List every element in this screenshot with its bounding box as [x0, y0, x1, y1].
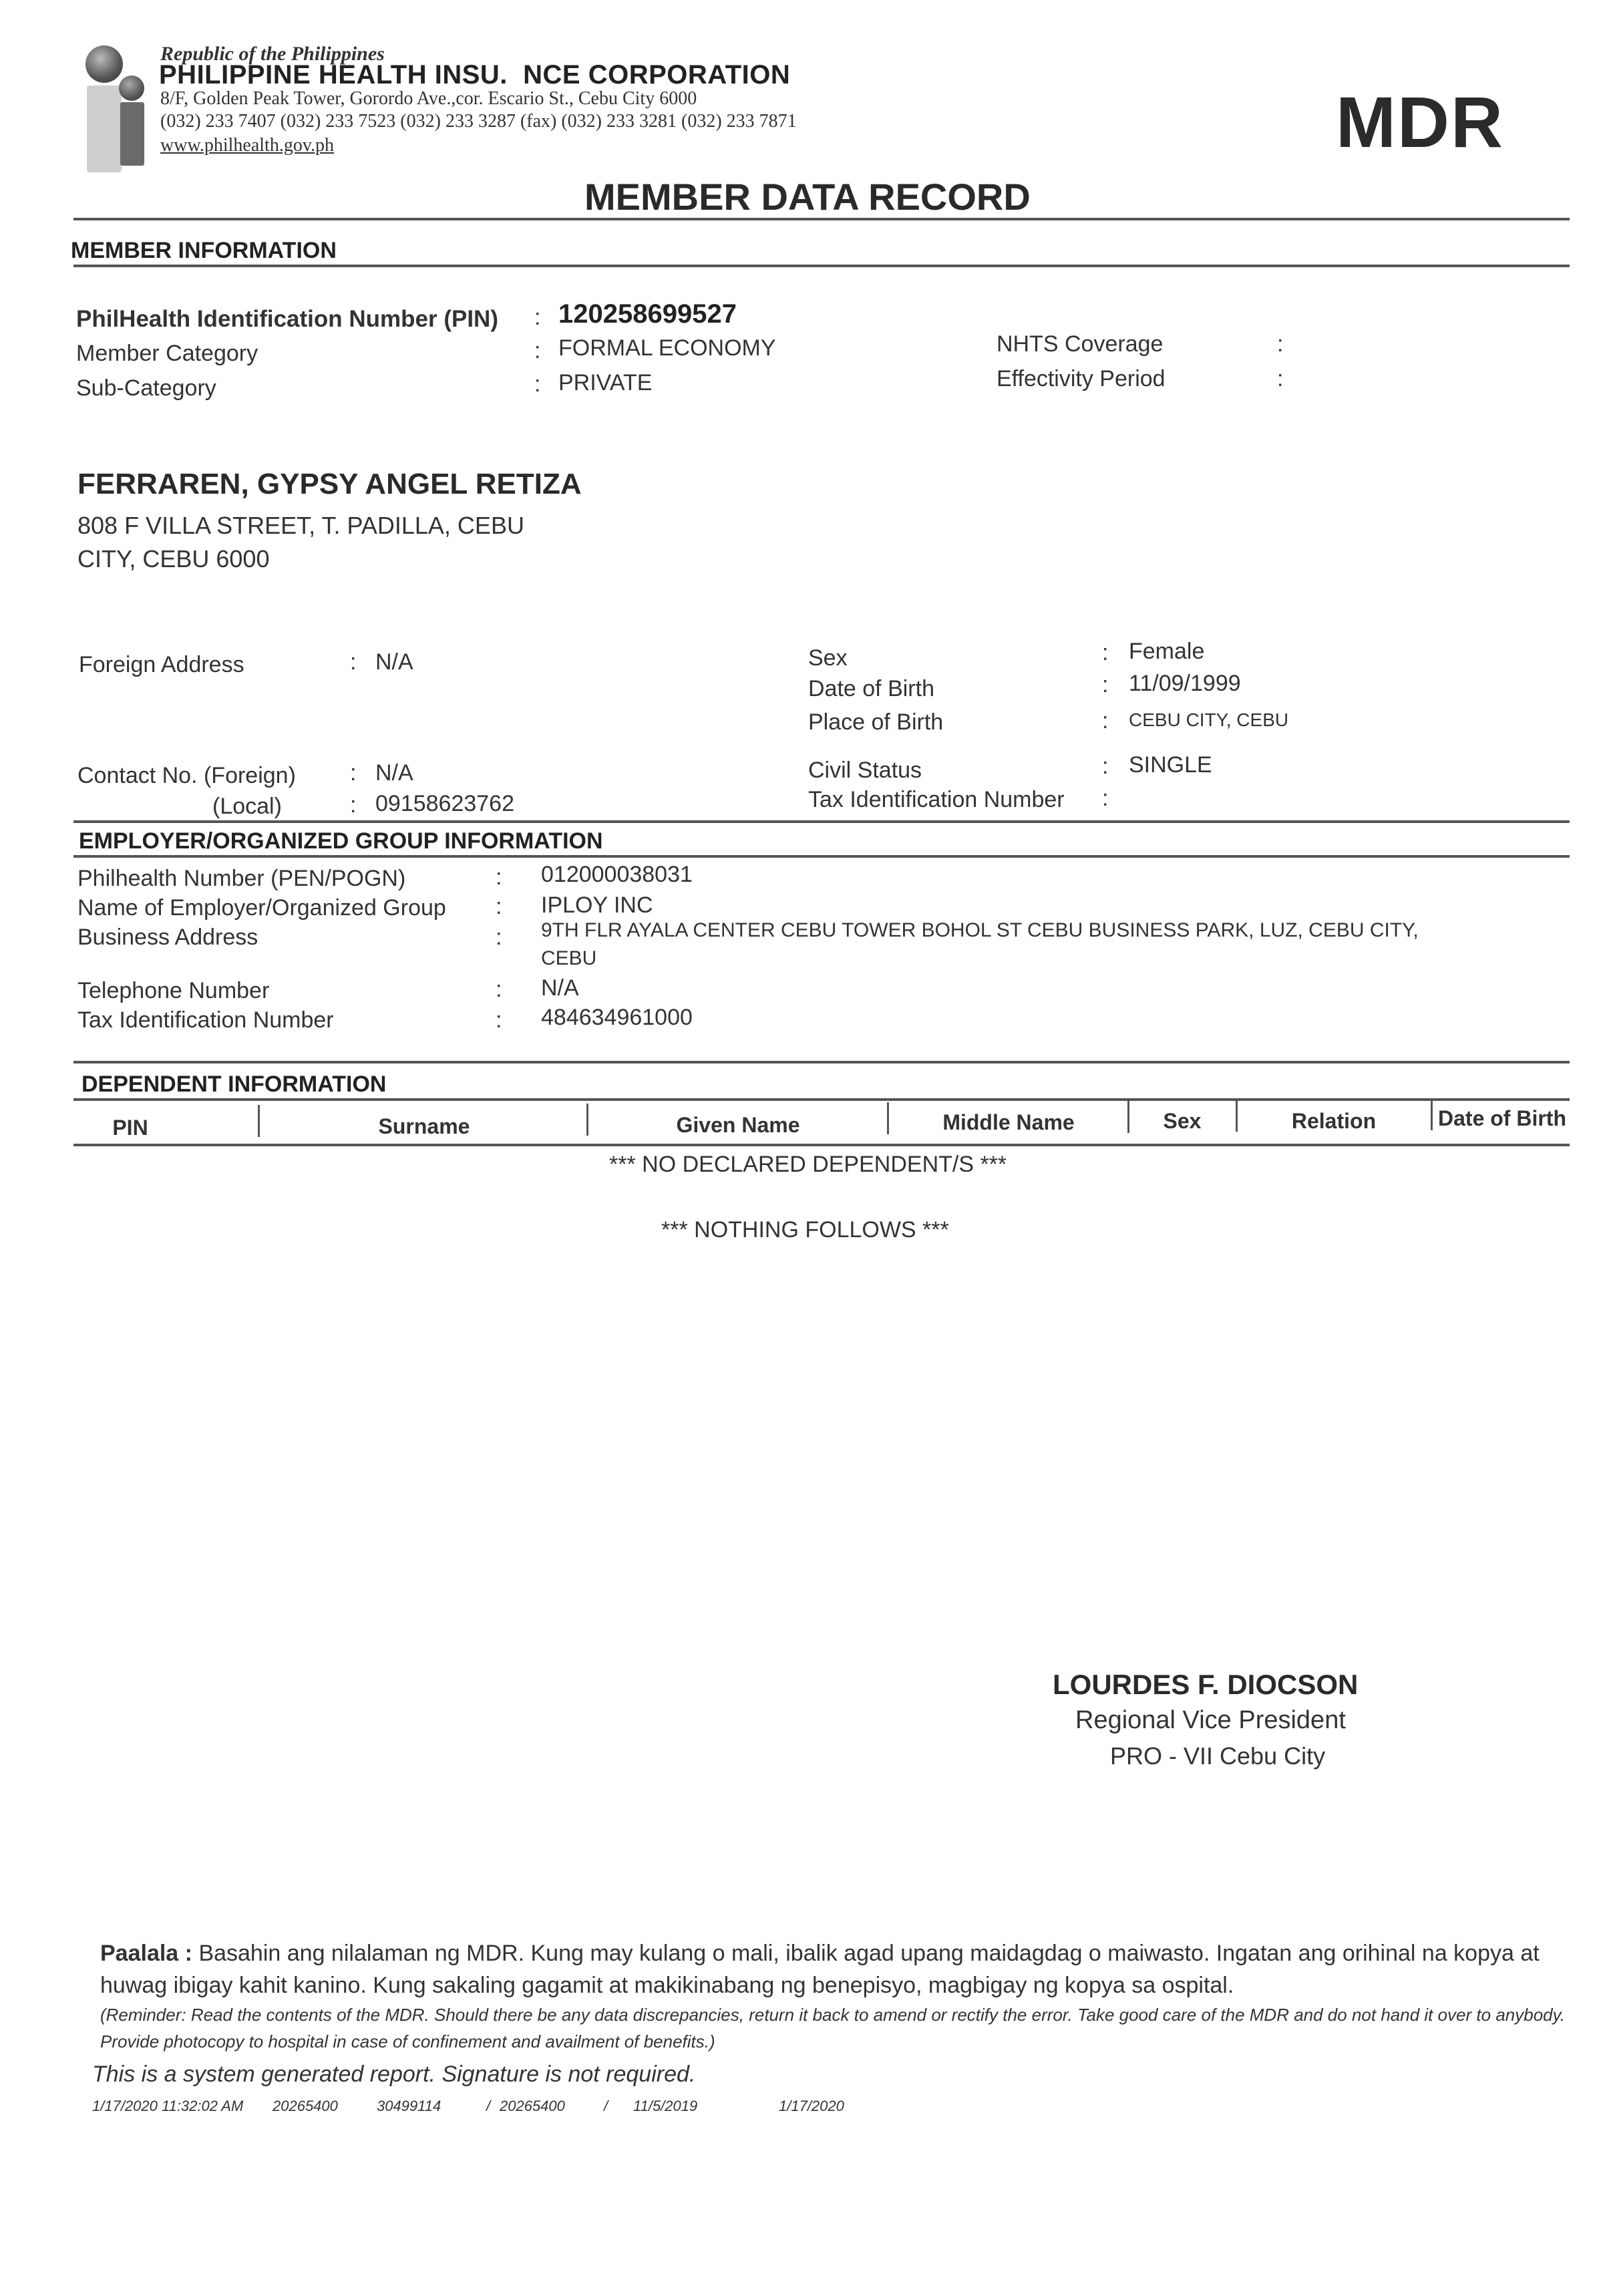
employer-name-label: Name of Employer/Organized Group [77, 895, 446, 921]
place-of-birth-label: Place of Birth [808, 709, 943, 735]
pin-label: PhilHealth Identification Number (PIN) [76, 306, 498, 333]
corporation-phones: (032) 233 7407 (032) 233 7523 (032) 233 … [160, 111, 797, 132]
column-header-surname: Surname [260, 1114, 588, 1139]
mdr-badge: MDR [1336, 80, 1504, 164]
civil-status-value: SINGLE [1129, 752, 1212, 778]
effectivity-period-label: Effectivity Period [997, 366, 1166, 392]
colon: : [1102, 672, 1108, 698]
document-title: MEMBER DATA RECORD [584, 175, 1031, 218]
member-address-line2: CITY, CEBU 6000 [77, 545, 269, 573]
print-datetime: 1/17/2020 11:32:02 AM [92, 2098, 243, 2115]
sub-category-value: PRIVATE [558, 370, 652, 396]
print-ref-no: 30499114 [377, 2098, 441, 2115]
print-date-1: 11/5/2019 [633, 2098, 697, 2115]
member-category-label: Member Category [76, 341, 258, 367]
foreign-address-label: Foreign Address [79, 652, 244, 678]
pen-label: Philhealth Number (PEN/POGN) [77, 866, 405, 892]
telephone-value: N/A [541, 975, 579, 1001]
civil-status-label: Civil Status [808, 758, 922, 784]
signatory-office: PRO - VII Cebu City [1110, 1742, 1325, 1770]
employer-tin-value: 484634961000 [541, 1005, 693, 1031]
colon: : [534, 338, 540, 364]
nhts-coverage-label: NHTS Coverage [997, 331, 1163, 357]
pen-value: 012000038031 [541, 862, 693, 888]
sex-value: Female [1129, 639, 1204, 665]
divider [73, 820, 1570, 823]
colon: : [496, 925, 502, 951]
colon: : [534, 305, 540, 331]
system-generated-note: This is a system generated report. Signa… [92, 2062, 695, 2088]
contact-foreign-value: N/A [375, 760, 413, 786]
contact-local-value: 09158623762 [375, 791, 514, 817]
colon: : [496, 864, 502, 890]
contact-foreign-label: Contact No. (Foreign) [77, 763, 296, 789]
column-header-pin: PIN [80, 1116, 180, 1140]
corporation-name: PHILIPPINE HEALTH INSU. NCE CORPORATION [159, 60, 790, 90]
section-employer-information: EMPLOYER/ORGANIZED GROUP INFORMATION [79, 828, 603, 854]
member-name: FERRAREN, GYPSY ANGEL RETIZA [77, 468, 582, 501]
reminder-text: Basahin ang nilalaman ng MDR. Kung may k… [100, 1941, 1540, 1998]
sex-label: Sex [808, 645, 848, 671]
divider [73, 1098, 1570, 1101]
column-header-given-name: Given Name [588, 1113, 888, 1138]
sub-category-label: Sub-Category [76, 375, 216, 401]
print-user-id-2: 20265400 [500, 2098, 565, 2115]
print-date-2: 1/17/2020 [779, 2098, 844, 2115]
colon: : [350, 760, 356, 786]
member-tin-label: Tax Identification Number [808, 787, 1065, 813]
date-of-birth-label: Date of Birth [808, 676, 934, 702]
signatory-title: Regional Vice President [1075, 1706, 1346, 1735]
divider [73, 1144, 1570, 1146]
telephone-label: Telephone Number [77, 978, 269, 1004]
contact-local-label: (Local) [212, 794, 282, 820]
business-address-line2: CEBU [541, 947, 596, 970]
pin-value: 120258699527 [558, 299, 737, 329]
website-link[interactable]: www.philhealth.gov.ph [160, 135, 334, 156]
reminder-notice: Paalala : Basahin ang nilalaman ng MDR. … [100, 1937, 1603, 2001]
stamp-separator: / [486, 2098, 490, 2115]
colon: : [496, 1007, 502, 1033]
colon: : [350, 649, 356, 675]
column-header-sex: Sex [1129, 1109, 1236, 1134]
colon: : [350, 792, 356, 818]
date-of-birth-value: 11/09/1999 [1129, 671, 1241, 697]
philhealth-logo-icon [80, 45, 160, 179]
colon: : [496, 894, 502, 920]
member-category-value: FORMAL ECONOMY [558, 335, 776, 361]
stamp-separator: / [604, 2098, 608, 2115]
colon: : [496, 977, 502, 1003]
business-address-line1: 9TH FLR AYALA CENTER CEBU TOWER BOHOL ST… [541, 919, 1419, 942]
column-header-date-of-birth: Date of Birth [1432, 1106, 1572, 1131]
print-user-id: 20265400 [273, 2098, 338, 2115]
colon: : [1102, 786, 1108, 812]
foreign-address-value: N/A [375, 649, 413, 675]
reminder-label: Paalala : [100, 1941, 192, 1966]
colon: : [1102, 640, 1108, 666]
divider [73, 218, 1570, 220]
employer-name-value: IPLOY INC [541, 892, 653, 919]
corporation-address: 8/F, Golden Peak Tower, Gorordo Ave.,cor… [160, 88, 697, 110]
signatory-name: LOURDES F. DIOCSON [1053, 1669, 1358, 1701]
divider [73, 1061, 1570, 1063]
colon: : [1102, 708, 1108, 734]
colon: : [1102, 754, 1108, 780]
divider [73, 855, 1570, 858]
column-header-middle-name: Middle Name [888, 1110, 1129, 1135]
colon: : [534, 371, 540, 397]
colon: : [1277, 331, 1283, 357]
section-dependent-information: DEPENDENT INFORMATION [81, 1072, 386, 1098]
section-member-information: MEMBER INFORMATION [71, 238, 337, 264]
column-header-relation: Relation [1237, 1109, 1431, 1134]
employer-tin-label: Tax Identification Number [77, 1007, 334, 1033]
member-address-line1: 808 F VILLA STREET, T. PADILLA, CEBU [77, 512, 524, 540]
business-address-label: Business Address [77, 925, 258, 951]
divider [73, 265, 1570, 267]
place-of-birth-value: CEBU CITY, CEBU [1129, 709, 1288, 731]
colon: : [1277, 366, 1283, 392]
no-dependents-message: *** NO DECLARED DEPENDENT/S *** [609, 1152, 1007, 1178]
column-separator [258, 1105, 260, 1137]
nothing-follows-message: *** NOTHING FOLLOWS *** [661, 1217, 949, 1243]
reminder-english: (Reminder: Read the contents of the MDR.… [100, 2001, 1603, 2055]
